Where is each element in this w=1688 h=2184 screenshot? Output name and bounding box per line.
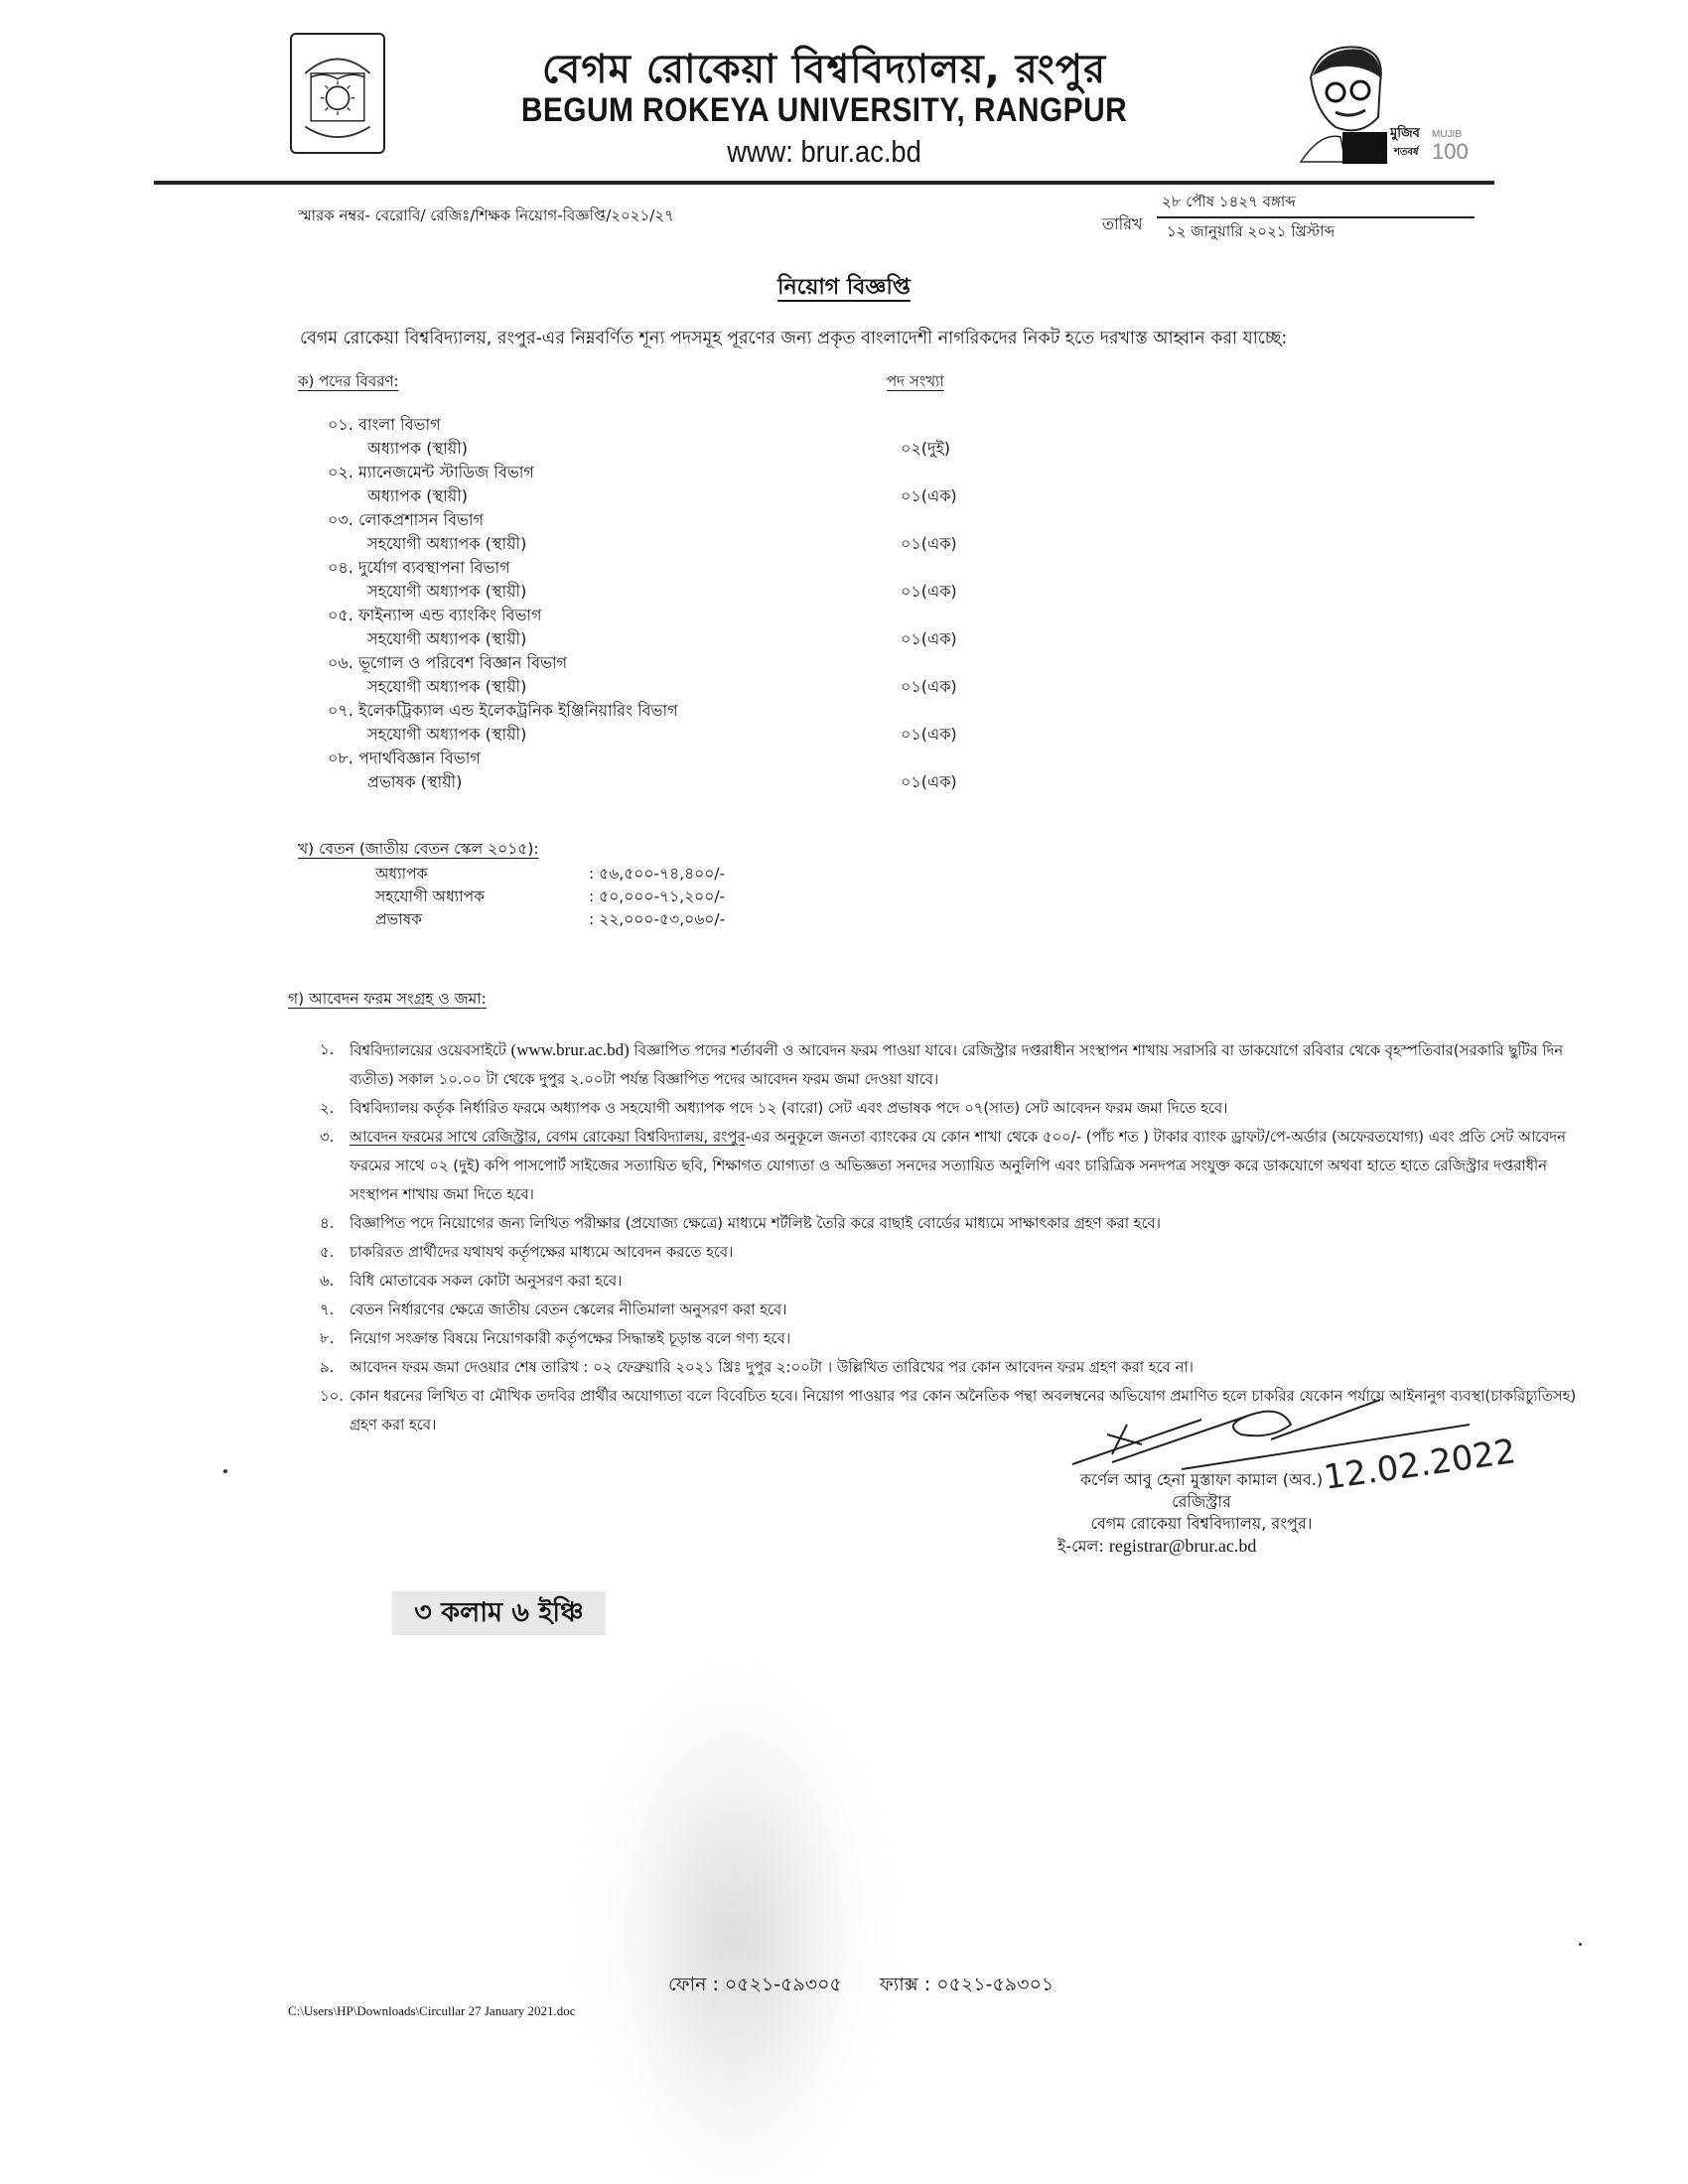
date-divider [1157,216,1475,218]
position-department: ০২. ম্যানেজমেন্ট স্টাডিজ বিভাগ [328,460,534,486]
signatory-title: রেজিস্ট্রার [1057,1491,1345,1513]
term-number: ৫. [320,1238,334,1267]
application-term: ৬.বিধি মোতাবেক সকল কোটা অনুসরণ করা হবে। [320,1267,1591,1296]
application-term: ৯.আবেদন ফরম জমা দেওয়ার শেষ তারিখ : ০২ ফ… [320,1353,1591,1382]
scan-shadow [606,1688,864,2184]
scan-speck [1579,1943,1582,1946]
salary-heading: খ) বেতন (জাতীয় বেতন স্কেল ২০১৫): [298,837,539,863]
application-term: ৪.বিজ্ঞাপিত পদে নিয়োগের জন্য লিখিত পরীক… [320,1209,1591,1238]
position-rank: সহযোগী অধ্যাপক (স্থায়ী) [367,674,526,701]
term-number: ১. [320,1035,334,1064]
position-row: ০৪. দুর্যোগ ব্যবস্থাপনা বিভাগসহযোগী অধ্য… [328,555,1003,603]
application-term: ৮.নিয়োগ সংক্রান্ত বিষয়ে নিয়োগকারী কর্… [320,1324,1591,1353]
positions-heading: ক) পদের বিবরণ: [298,370,399,395]
phone-number: ফোন : ০৫২১-৫৯৩০৫ [668,1974,842,1995]
term-number: ৩. [320,1123,334,1152]
date-label: তারিখ [1102,211,1143,238]
website-link[interactable]: (www.brur.ac.bd) [511,1040,630,1059]
position-department: ০৪. দুর্যোগ ব্যবস্থাপনা বিভাগ [328,555,510,582]
signature-block: কর্ণেল আবু হেনা মুস্তাফা কামাল (অব.) রেজ… [1057,1469,1345,1558]
university-seal-icon [290,33,385,154]
position-department: ০৫. ফাইন্যান্স এন্ড ব্যাংকিং বিভাগ [328,603,542,629]
term-number: ৯. [320,1353,334,1382]
term-number: ৪. [320,1209,334,1238]
term-number: ২. [320,1094,334,1123]
position-department: ০৩. লোকপ্রশাসন বিভাগ [328,507,484,534]
salary-scale: : ২২,০০০-৫৩,০৬০/- [589,907,725,933]
position-rank: সহযোগী অধ্যাপক (স্থায়ী) [367,531,526,558]
date-gregorian: ১২ জানুয়ারি ২০২১ খ্রিস্টাব্দ [1167,220,1335,245]
university-name-english: BEGUM ROKEYA UNIVERSITY, RANGPUR [466,91,1183,130]
position-rank: সহযোগী অধ্যাপক (স্থায়ী) [367,579,526,606]
position-department: ০৬. ভূগোল ও পরিবেশ বিজ্ঞান বিভাগ [328,650,567,677]
salary-rank: প্রভাষক [375,907,422,933]
memo-reference: স্মারক নম্বর- বেরোবি/ রেজিঃ/শিক্ষক নিয়ো… [298,205,674,229]
ad-size-stamp: ৩ কলাম ৬ ইঞ্চি [392,1591,606,1635]
application-heading: গ) আবেদন ফরম সংগ্রহ ও জমা: [288,987,487,1013]
signatory-organization: বেগম রোকেয়া বিশ্ববিদ্যালয়, রংপুর। [1057,1513,1345,1535]
application-term: ১.বিশ্ববিদ্যালয়ের ওয়েবসাইটে (www.brur.… [320,1035,1591,1094]
contact-line: ফোন : ০৫২১-৫৯৩০৫ ফ্যাক্স : ০৫২১-৫৯৩০১ [668,1971,1054,2002]
position-row: ০৭. ইলেকট্রিক্যাল এন্ড ইলেকট্রনিক ইঞ্জিন… [328,698,1003,746]
position-department: ০১. বাংলা বিভাগ [328,412,441,439]
position-count: ০১(এক) [901,579,957,606]
application-term: ২.বিশ্ববিদ্যালয় কর্তৃক নির্ধারিত ফরমে অ… [320,1094,1591,1123]
fax-number: ফ্যাক্স : ০৫২১-৫৯৩০১ [880,1974,1054,1995]
application-term: ৫.চাকরিরত প্রার্থীদের যথাযথ কর্তৃপক্ষের … [320,1238,1591,1267]
position-row: ০৮. পদার্থবিজ্ঞান বিভাগপ্রভাষক (স্থায়ী)… [328,746,1003,793]
term-number: ৭. [320,1296,334,1324]
header-divider [154,181,1494,185]
signatory-email: ই-মেল: registrar@brur.ac.bd [1057,1535,1345,1558]
svg-text:শতবর্ষ: শতবর্ষ [1393,145,1421,158]
term-number: ৬. [320,1267,334,1296]
mujib-100-logo-icon: মুজিব শতবর্ষ MUJIB 100 [1291,38,1470,167]
position-count: ০১(এক) [901,722,957,749]
notice-title: নিয়োগ বিজ্ঞপ্তি [745,270,943,307]
position-count: ০১(এক) [901,626,957,653]
position-rank: অধ্যাপক (স্থায়ী) [367,483,468,510]
university-website: www: brur.ac.bd [466,134,1183,170]
position-row: ০৬. ভূগোল ও পরিবেশ বিজ্ঞান বিভাগসহযোগী অ… [328,650,1003,698]
position-department: ০৮. পদার্থবিজ্ঞান বিভাগ [328,746,481,772]
application-term: ৩.আবেদন ফরমের সাথে রেজিস্ট্রার, বেগম রোক… [320,1123,1591,1209]
svg-text:12.02.2022: 12.02.2022 [1322,1432,1518,1494]
file-path: C:\Users\HP\Downloads\Circullar 27 Janua… [288,2003,576,2019]
svg-text:100: 100 [1432,139,1469,164]
date-bangla-calendar: ২৮ পৌষ ১৪২৭ বঙ্গাব্দ [1162,191,1296,215]
position-count-heading: পদ সংখ্যা [887,370,944,395]
position-rank: সহযোগী অধ্যাপক (স্থায়ী) [367,722,526,749]
position-count: ০১(এক) [901,483,957,510]
position-row: ০২. ম্যানেজমেন্ট স্টাডিজ বিভাগঅধ্যাপক (স… [328,460,1003,507]
position-row: ০৫. ফাইন্যান্স এন্ড ব্যাংকিং বিভাগসহযোগী… [328,603,1003,650]
position-department: ০৭. ইলেকট্রিক্যাল এন্ড ইলেকট্রনিক ইঞ্জিন… [328,698,678,725]
position-rank: প্রভাষক (স্থায়ী) [367,769,462,796]
positions-list: ০১. বাংলা বিভাগঅধ্যাপক (স্থায়ী)০২(দুই)০… [328,412,1003,793]
term-number: ১০. [320,1382,344,1411]
application-terms: ১.বিশ্ববিদ্যালয়ের ওয়েবসাইটে (www.brur.… [320,1035,1591,1439]
svg-text:মুজিব: মুজিব [1389,124,1421,142]
signatory-name: কর্ণেল আবু হেনা মুস্তাফা কামাল (অব.) [1057,1469,1345,1491]
position-count: ০১(এক) [901,531,957,558]
position-count: ০১(এক) [901,769,957,796]
scan-speck [223,1469,227,1473]
position-count: ০১(এক) [901,674,957,701]
position-rank: অধ্যাপক (স্থায়ী) [367,436,468,463]
position-rank: সহযোগী অধ্যাপক (স্থায়ী) [367,626,526,653]
position-row: ০১. বাংলা বিভাগঅধ্যাপক (স্থায়ী)০২(দুই) [328,412,1003,460]
position-row: ০৩. লোকপ্রশাসন বিভাগসহযোগী অধ্যাপক (স্থা… [328,507,1003,555]
term-number: ৮. [320,1324,334,1353]
position-count: ০২(দুই) [901,436,950,463]
application-term: ৭.বেতন নির্ধারণের ক্ষেত্রে জাতীয় বেতন স… [320,1296,1591,1324]
notice-intro: বেগম রোকেয়া বিশ্ববিদ্যালয়, রংপুর-এর নি… [300,326,1287,354]
